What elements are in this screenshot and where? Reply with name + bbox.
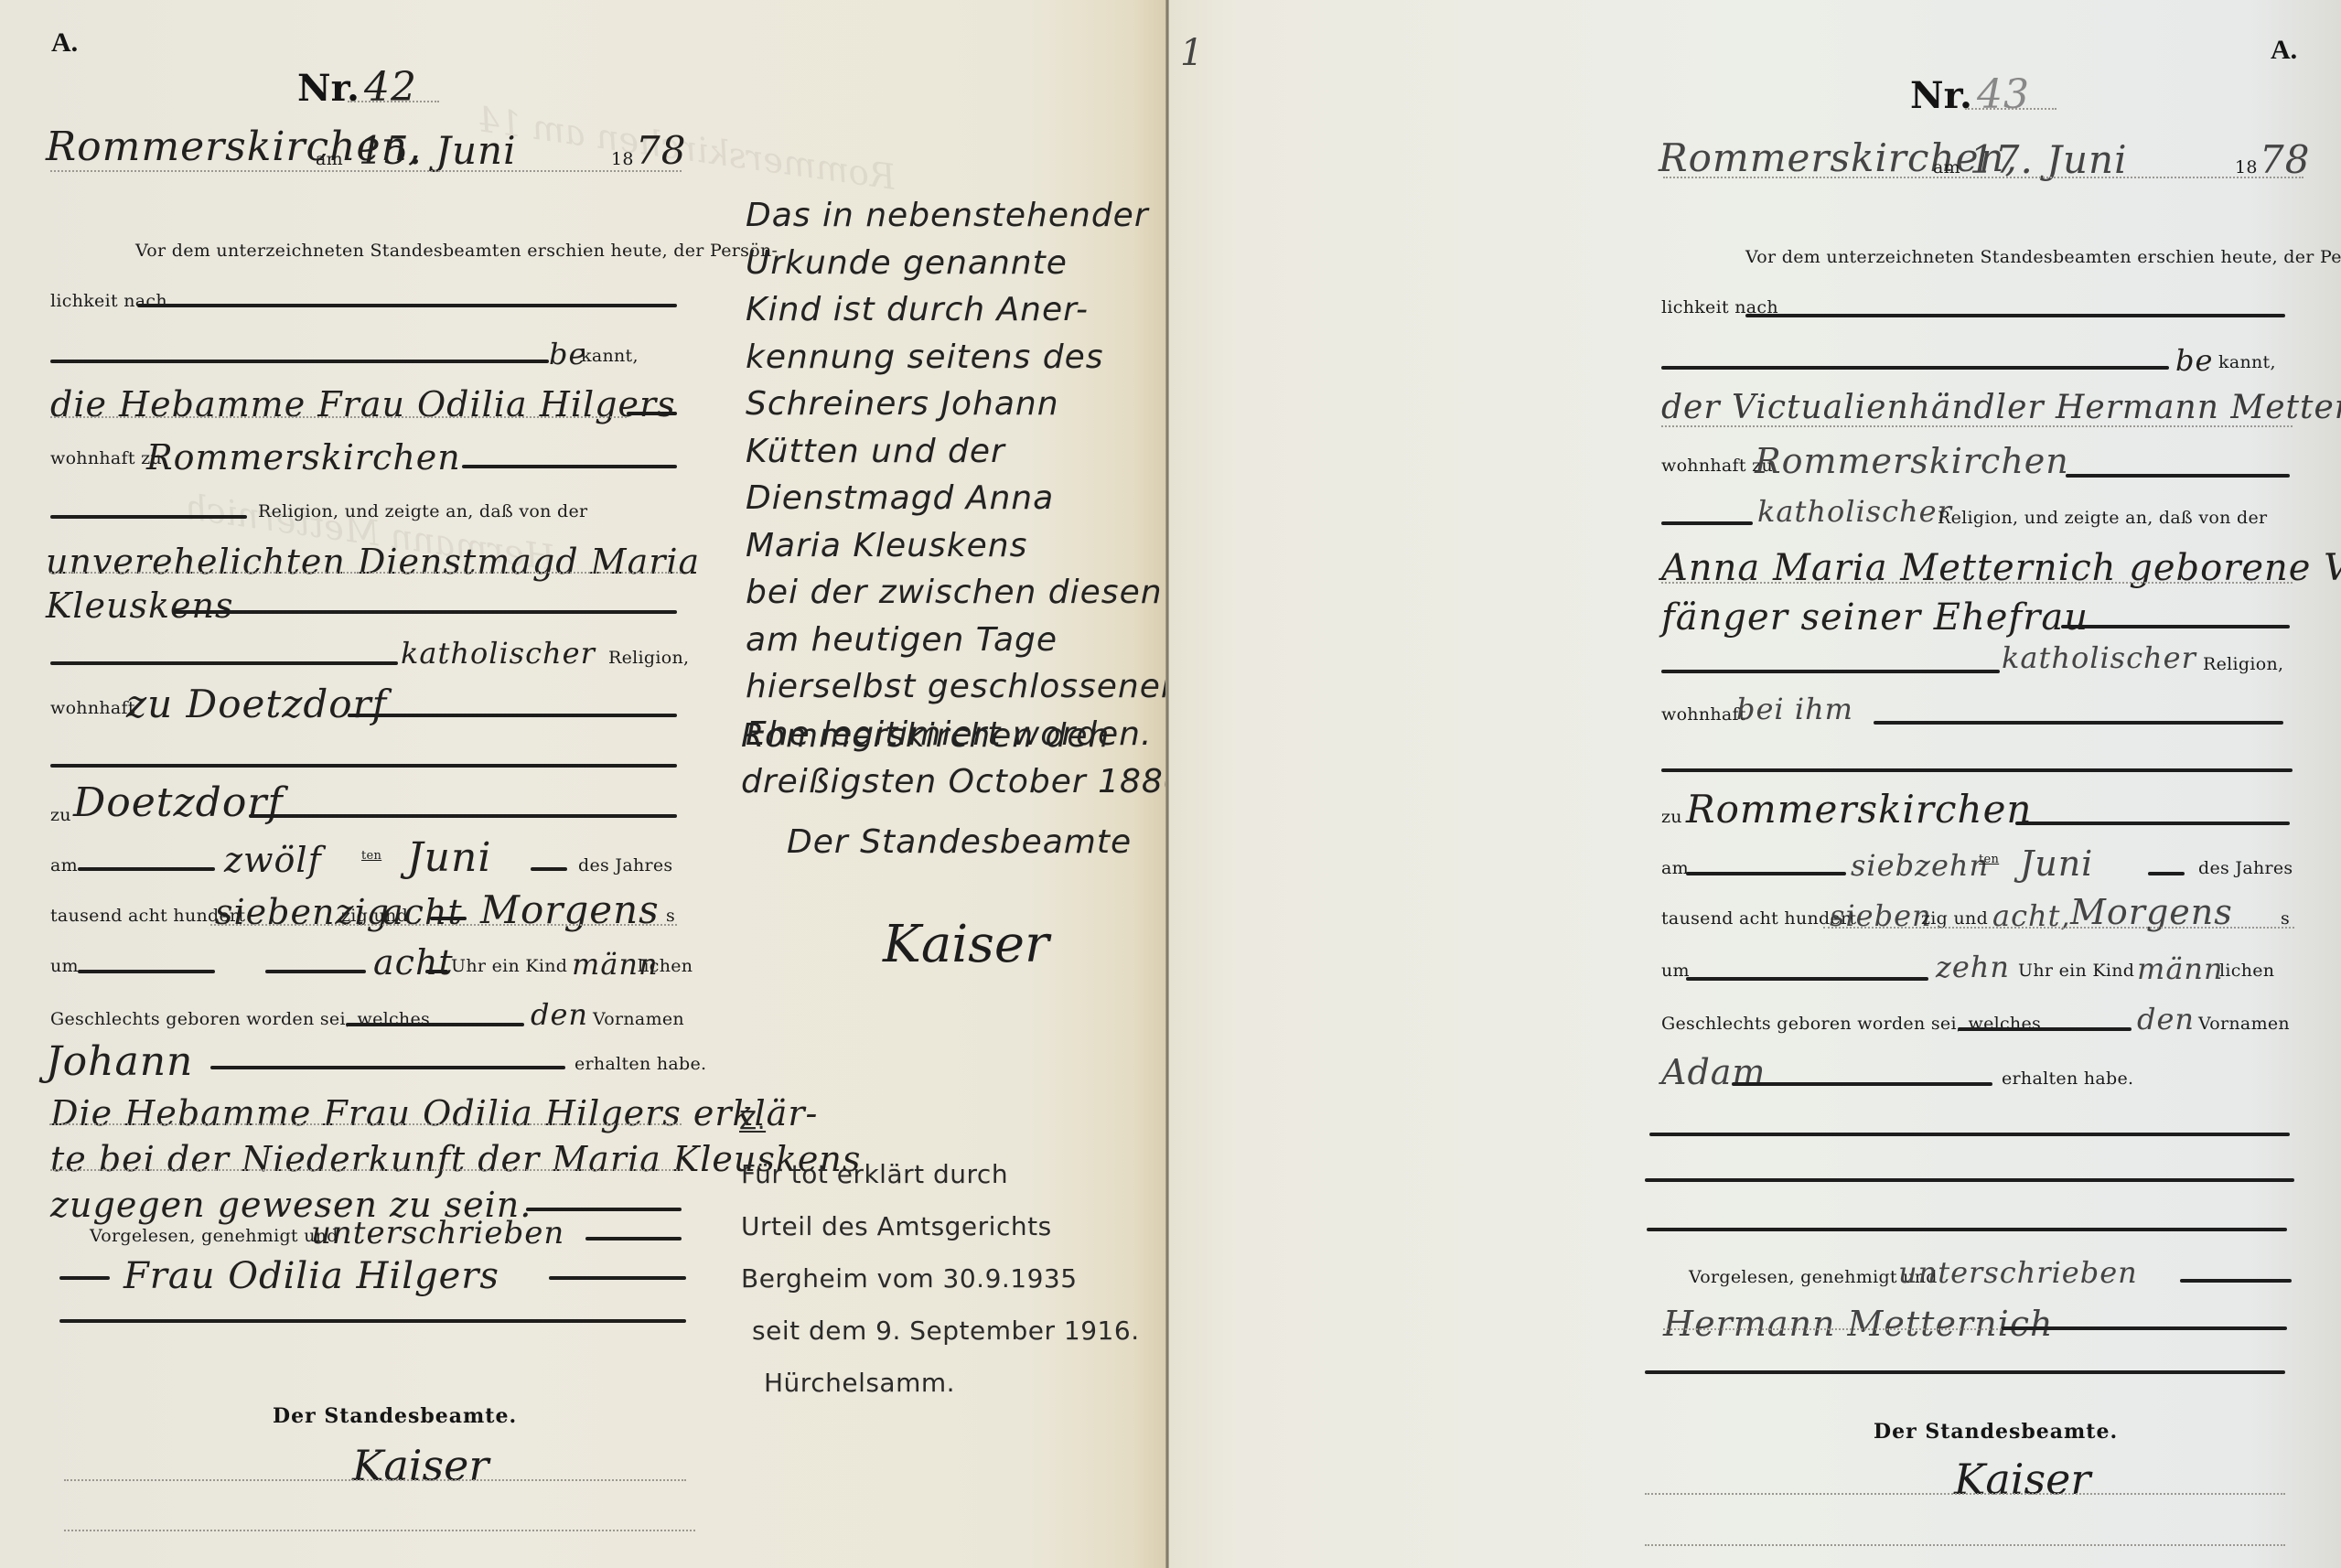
dotted-line	[64, 1530, 695, 1531]
legitimation-registrar-label: Der Standesbeamte	[787, 823, 1132, 861]
ten-label: ten	[361, 849, 381, 863]
legitimation-signature: Kaiser	[883, 915, 1049, 974]
mother-line-2: Kleuskens	[46, 585, 234, 626]
note-line: Maria Kleuskens	[746, 522, 1183, 570]
form-rule	[1661, 670, 2000, 673]
note-line: Bergheim vom 30.9.1935	[741, 1252, 1140, 1305]
dotted-line	[50, 170, 682, 172]
note-line: seit dem 9. September 1916.	[741, 1305, 1140, 1357]
note-line: dreißigsten October 1880	[741, 759, 1186, 805]
form-rule	[346, 1023, 524, 1026]
sex-hand: männ	[2137, 951, 2224, 986]
registrar-label: Der Standesbeamte.	[1874, 1420, 2118, 1444]
religion-intro-label: Religion, und zeigte an, daß von der	[258, 501, 587, 521]
form-rule	[1686, 872, 1846, 875]
gutter-mark: 1	[1180, 32, 1204, 74]
form-rule	[549, 1276, 686, 1280]
dotted-line	[1645, 1493, 2285, 1495]
informant-signature: Frau Odilia Hilgers	[123, 1255, 499, 1297]
dotted-line	[1663, 177, 2303, 178]
uhr-label: Uhr ein Kind	[2018, 961, 2134, 981]
wohnhaft2-label: wohnhaft	[1661, 704, 1746, 725]
note-line: Kütten und der	[746, 428, 1183, 476]
form-rule	[1732, 1082, 1992, 1086]
wohnhaft-label: wohnhaft zu	[50, 448, 162, 468]
intro-text: Vor dem unterzeichneten Standesbeamten e…	[1745, 247, 2341, 267]
erhalten-label: erhalten habe.	[2002, 1069, 2133, 1089]
birth-day: zwölf	[224, 840, 322, 880]
form-rule	[1645, 1178, 2294, 1182]
form-rule	[174, 610, 677, 614]
note-line: Hürchelsamm.	[741, 1357, 1140, 1409]
mother-line-2: fänger seiner Ehefrau	[1661, 596, 2089, 639]
dotted-line	[348, 101, 439, 102]
date: 15. Juni	[359, 128, 517, 173]
dotted-line	[210, 924, 677, 926]
form-rule	[59, 1276, 110, 1280]
hour: acht	[373, 942, 454, 983]
note-line: hierselbst geschlossenen	[746, 663, 1183, 711]
year-prefix: 18	[611, 149, 634, 169]
death-note: Für tot erklärt durch Urteil des Amtsger…	[741, 1148, 1140, 1409]
hour: zehn	[1936, 950, 2010, 984]
mother-religion: katholischer	[2002, 640, 2196, 675]
form-rule	[1874, 721, 2283, 725]
dotted-line	[1645, 1544, 2285, 1546]
form-rule	[425, 970, 448, 973]
note-line: kennung seitens des	[746, 334, 1183, 381]
informant-residence: Rommerskirchen	[1755, 441, 2069, 481]
registrar-signature: Kaiser	[1954, 1455, 2090, 1504]
vorgelesen-label: Vorgelesen, genehmigt und	[90, 1226, 338, 1246]
note-line: Rommerskirchen den	[741, 714, 1186, 759]
tausend-label: tausend acht hundert	[1661, 908, 1856, 929]
dotted-line	[1663, 1328, 2002, 1330]
unterschrieben: unterschrieben	[311, 1215, 564, 1251]
note-line: Urkunde genannte	[746, 240, 1183, 287]
note-line: Das in nebenstehender	[746, 192, 1183, 240]
note-line: Dienstmagd Anna	[746, 475, 1183, 522]
form-rule	[1645, 1370, 2285, 1374]
remark-line-1: Die Hebamme Frau Odilia Hilgers erklär-	[50, 1093, 818, 1133]
record-number: Nr. 42	[297, 64, 417, 111]
unterschrieben: unterschrieben	[1898, 1255, 2138, 1290]
note-line: Für tot erklärt durch	[741, 1148, 1140, 1200]
wohnhaft2-label: wohnhaft	[50, 698, 135, 718]
birth-day: siebzehn	[1851, 848, 1989, 883]
form-rule	[1661, 768, 2293, 772]
section-letter: A.	[51, 27, 78, 59]
des-jahres-label: des Jahres	[578, 855, 672, 875]
dotted-line	[1661, 582, 2293, 584]
child-name: Johann	[46, 1038, 193, 1085]
birth-month: Juni	[2020, 843, 2093, 884]
note-line: Urteil des Amtsgerichts	[741, 1200, 1140, 1252]
bekannt-label: kannt,	[2218, 352, 2276, 372]
form-rule	[2061, 625, 2290, 628]
form-rule	[210, 1066, 565, 1069]
dotted-line	[1661, 425, 2293, 427]
form-rule	[59, 1319, 686, 1323]
zu-label: zu	[50, 805, 71, 825]
right-page: 1 A. Nr. 43 Rommerskirchen, am 17. Juni …	[1169, 0, 2341, 1568]
informant: der Victualienhändler Hermann Metternich	[1661, 389, 2341, 426]
den-hand: den	[2137, 1002, 2195, 1036]
form-rule	[1661, 521, 1753, 525]
dotted-line	[64, 1479, 686, 1481]
sex-label: lichen	[638, 956, 693, 976]
death-note-mark: Z.	[739, 1105, 766, 1135]
s-label: s	[666, 906, 675, 926]
informant-residence: Rommerskirchen	[146, 437, 461, 478]
date: 17. Juni	[1970, 137, 2128, 182]
sex-label: lichen	[2219, 961, 2274, 981]
form-rule	[2148, 872, 2185, 875]
form-rule	[137, 304, 677, 307]
form-rule	[1686, 977, 1928, 981]
informant-religion: katholischer	[1757, 494, 1952, 529]
form-rule	[531, 867, 567, 871]
form-rule	[50, 360, 549, 363]
form-rule	[1649, 1133, 2290, 1136]
mother-line-1: unverehelichten Dienstmagd Maria	[46, 542, 700, 582]
form-rule	[50, 764, 677, 768]
record-number-label: Nr.	[1910, 74, 1972, 117]
vornamen-label: Vornamen	[593, 1009, 684, 1029]
form-rule	[462, 465, 677, 468]
form-rule	[78, 970, 215, 973]
s-label: s	[2281, 908, 2290, 929]
form-rule	[526, 1208, 682, 1211]
form-rule	[50, 661, 398, 665]
place: Rommerskirchen,	[1659, 135, 2018, 180]
note-line: bei der zwischen diesen	[746, 569, 1183, 617]
dotted-line	[50, 416, 627, 418]
registrar-signature: Kaiser	[352, 1441, 489, 1490]
form-rule	[50, 515, 247, 519]
birth-place: Doetzdorf	[73, 779, 284, 826]
note-line: Kind ist durch Aner-	[746, 286, 1183, 334]
form-rule	[265, 970, 366, 973]
religion-intro-label: Religion, und zeigte an, daß von der	[1938, 508, 2267, 528]
informant: die Hebamme Frau Odilia Hilgers	[50, 384, 676, 424]
record-number-value: 43	[1977, 71, 2030, 118]
form-rule	[249, 814, 677, 818]
year-prefix: 18	[2235, 157, 2258, 177]
note-line: am heutigen Tage	[746, 617, 1183, 664]
bleed-through-text: Rommerskirchen am 14	[475, 99, 898, 198]
record-number: Nr. 43	[1910, 71, 2030, 118]
lichkeit-label: lichkeit nach	[50, 291, 167, 311]
year-units: acht	[382, 892, 463, 932]
year-suffix: 78	[636, 128, 686, 173]
ten-label: ten	[1979, 853, 1999, 866]
religion-label: Religion,	[2203, 654, 2283, 674]
zu-label: zu	[1661, 807, 1682, 827]
um-label: um	[50, 956, 79, 976]
section-letter: A.	[2271, 35, 2297, 66]
form-rule	[585, 1237, 682, 1240]
den-hand: den	[531, 997, 588, 1032]
birth-month: Juni	[407, 834, 491, 881]
registrar-label: Der Standesbeamte.	[273, 1404, 517, 1428]
form-rule	[78, 867, 215, 871]
informant-signature: Hermann Metternich	[1663, 1304, 2053, 1344]
uhr-label: Uhr ein Kind	[451, 956, 567, 976]
note-line: Schreiners Johann	[746, 381, 1183, 428]
form-rule	[2002, 1326, 2287, 1330]
dotted-line	[50, 1123, 682, 1125]
bekannt-label: kannt,	[581, 346, 639, 366]
form-rule	[2180, 1279, 2292, 1283]
record-number-label: Nr.	[297, 67, 360, 110]
form-rule	[348, 714, 677, 717]
form-rule	[1958, 1027, 2132, 1031]
record-number-value: 42	[364, 64, 417, 111]
form-rule	[2015, 822, 2290, 825]
intro-text: Vor dem unterzeichneten Standesbeamten e…	[135, 241, 778, 261]
am-label: am	[1933, 157, 1960, 177]
am2-label: am	[1661, 858, 1689, 878]
child-name: Adam	[1661, 1052, 1766, 1092]
year-suffix: 78	[2260, 137, 2310, 182]
legitimation-place-date: Rommerskirchen den dreißigsten October 1…	[741, 714, 1186, 805]
dotted-line	[50, 1169, 682, 1171]
remark-line-2: te bei der Niederkunft der Maria Kleuske…	[50, 1139, 861, 1179]
left-page: Rommerskirchen am 14 Hermann Metternich …	[0, 0, 1167, 1568]
erhalten-label: erhalten habe.	[575, 1054, 706, 1074]
mother-residence: bei ihm	[1736, 692, 1853, 726]
am2-label: am	[50, 855, 78, 875]
bekannt-hand: be	[2175, 343, 2213, 378]
form-rule	[1661, 366, 2169, 370]
birth-place: Rommerskirchen	[1686, 787, 2033, 832]
form-rule	[1745, 314, 2285, 317]
zig-und-label: zig und	[1921, 908, 1988, 929]
religion-label: Religion,	[608, 648, 689, 668]
form-rule	[2066, 474, 2290, 478]
dotted-line	[1965, 108, 2056, 110]
form-rule	[430, 917, 467, 920]
dotted-line	[50, 572, 682, 574]
mother-residence: zu Doetzdorf	[126, 682, 387, 726]
form-rule	[627, 412, 677, 415]
des-jahres-label: des Jahres	[2198, 858, 2293, 878]
legitimation-note: Das in nebenstehender Urkunde genannte K…	[746, 192, 1183, 757]
mother-religion: katholischer	[401, 636, 596, 671]
am-label: am	[316, 149, 343, 169]
form-rule	[1647, 1228, 2287, 1231]
vornamen-label: Vornamen	[2198, 1014, 2290, 1034]
dotted-line	[1823, 927, 2294, 929]
